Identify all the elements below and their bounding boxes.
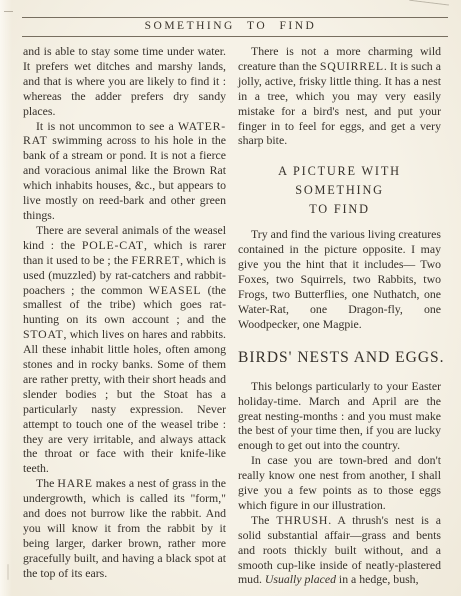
text-segment: swimming across to his hole in the bank … [23, 133, 226, 222]
paragraph: In case you are town-bred and don't real… [238, 453, 441, 513]
running-header-title: SOMETHING TO FIND [0, 20, 461, 32]
column-right: There is not a more charming wild creatu… [238, 44, 441, 587]
section-heading: A PICTURE WITH SOMETHINGTO FIND [238, 162, 441, 219]
text-segment: THRUSH [276, 513, 328, 527]
paragraph: This belongs particularly to your Easter… [238, 379, 441, 454]
text-segment: BIRDS' NESTS AND EGGS. [238, 349, 445, 366]
paragraph: Try and find the various living creature… [238, 227, 441, 331]
text-segment: SQUIRREL [320, 59, 384, 73]
scan-artifact [7, 564, 9, 580]
text-segment: and is able to stay some time under wate… [23, 44, 226, 118]
book-page: SOMETHING TO FIND and is able to stay so… [0, 0, 461, 596]
text-segment: It is not uncommon to see a [36, 119, 178, 133]
text-segment: WEASEL [149, 283, 202, 297]
text-segment: Try and find the various living creature… [238, 227, 441, 330]
text-segment: in a hedge, bush, [336, 572, 419, 586]
column-left: and is able to stay some time under wate… [23, 44, 226, 587]
paragraph: The HARE makes a nest of grass in the un… [23, 476, 226, 580]
text-segment: In case you are town-bred and don't real… [238, 453, 441, 512]
header-rule-top [22, 17, 448, 18]
text-segment: HARE [57, 476, 92, 490]
text-segment: The [251, 513, 276, 527]
text-segment: makes a nest of grass in the undergrowth… [23, 476, 226, 579]
text-segment: Usually placed [265, 572, 336, 586]
page-edge-highlight [0, 0, 12, 596]
text-segment: TO FIND [238, 200, 441, 219]
text-segment: A PICTURE WITH SOMETHING [238, 162, 441, 200]
header-rule-bottom [22, 36, 448, 37]
section-heading: BIRDS' NESTS AND EGGS. [238, 348, 441, 368]
paragraph: The THRUSH. A thrush's nest is a solid s… [238, 513, 441, 588]
text-segment: This belongs particularly to your Easter… [238, 379, 441, 453]
text-columns: and is able to stay some time under wate… [23, 44, 442, 587]
scan-artifact [4, 11, 13, 12]
paragraph: It is not uncommon to see a WATER-RAT sw… [23, 119, 226, 223]
paragraph: and is able to stay some time under wate… [23, 44, 226, 119]
text-segment: POLE-CAT [82, 238, 144, 252]
text-segment: STOAT [23, 327, 64, 341]
text-segment: The [36, 476, 57, 490]
paragraph: There is not a more charming wild creatu… [238, 44, 441, 148]
text-segment: FERRET [131, 253, 180, 267]
text-segment: , which lives on hares and rabbits. All … [23, 327, 226, 475]
paragraph: There are several animals of the weasel … [23, 223, 226, 476]
